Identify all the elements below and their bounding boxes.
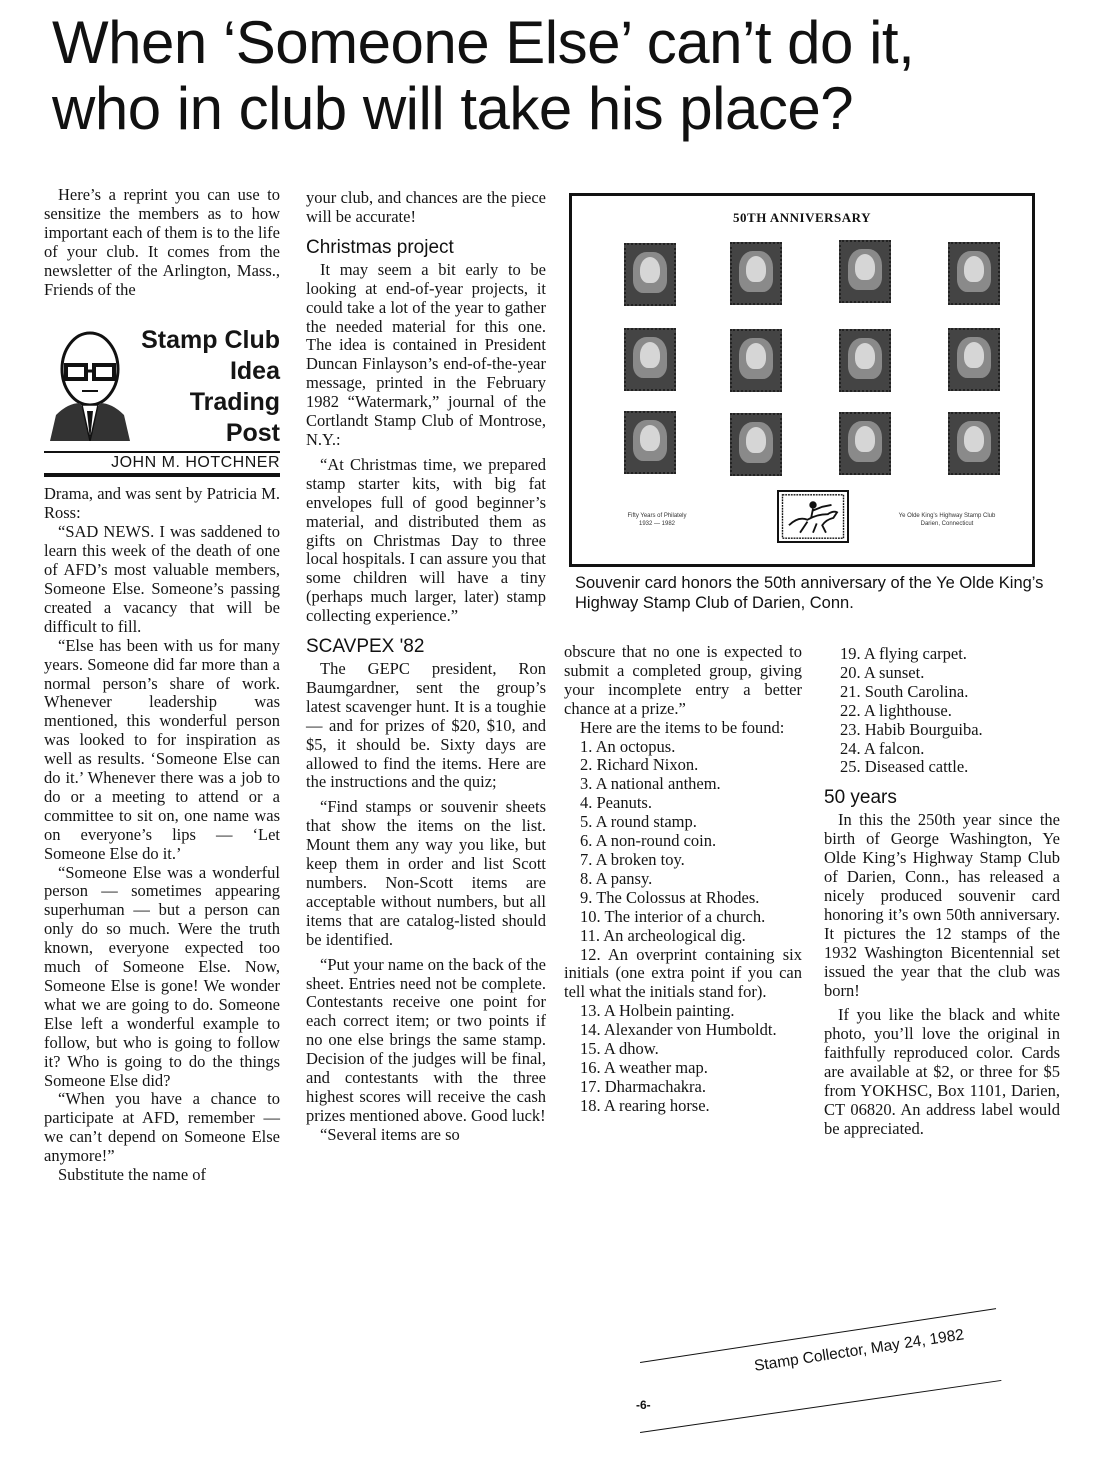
list-item: 7. A broken toy. (564, 851, 802, 870)
souvenir-card-photo: 50TH ANNIVERSARY Fifty Years of Philatel… (569, 193, 1035, 567)
list-item: 4. Peanuts. (564, 794, 802, 813)
paragraph: obscure that no one is expected to submi… (564, 643, 802, 719)
list-item: 24. A falcon. (824, 740, 1060, 759)
list-item: 23. Habib Bourguiba. (824, 721, 1060, 740)
column-logo: Stamp Club Idea Trading Post (44, 325, 280, 445)
list-item: 15. A dhow. (564, 1040, 802, 1059)
list-item: 2. Richard Nixon. (564, 756, 802, 775)
stamp-icon (948, 328, 1000, 391)
rider-on-horse-stamp-icon (777, 490, 849, 543)
list-item: 25. Diseased cattle. (824, 758, 1060, 777)
column-1: Here’s a reprint you can use to sensitiz… (44, 186, 280, 1185)
scavenger-list-continued: 19. A flying carpet. 20. A sunset. 21. S… (824, 645, 1060, 777)
list-item: 3. A national anthem. (564, 775, 802, 794)
list-item: 12. An overprint containing six initials… (564, 946, 802, 1003)
paragraph: “When you have a chance to participate a… (44, 1090, 280, 1166)
headline: When ‘Someone Else’ can’t do it, who in … (52, 10, 1072, 142)
paragraph: your club, and chances are the piece wil… (306, 189, 546, 227)
section-heading-scavpex: SCAVPEX '82 (306, 636, 546, 658)
stamp-icon (948, 242, 1000, 305)
list-item: 10. The interior of a church. (564, 908, 802, 927)
paragraph: “Else has been with us for many years. S… (44, 637, 280, 864)
paragraph: “Find stamps or souvenir sheets that sho… (306, 798, 546, 949)
section-heading-christmas-project: Christmas project (306, 237, 546, 259)
list-item: 6. A non-round coin. (564, 832, 802, 851)
stamp-icon (948, 412, 1000, 475)
paragraph: “Several items are so (306, 1126, 546, 1145)
stamp-icon (839, 329, 891, 392)
headline-line-1: When ‘Someone Else’ can’t do it, (52, 10, 1072, 76)
list-item: 17. Dharmachakra. (564, 1078, 802, 1097)
list-item: 18. A rearing horse. (564, 1097, 802, 1116)
column-2: your club, and chances are the piece wil… (306, 189, 546, 1145)
column-logo-title: Stamp Club Idea Trading Post (141, 325, 280, 449)
page-number: -6- (636, 1398, 651, 1412)
paragraph: Here are the items to be found: (564, 719, 802, 738)
stamp-icon (624, 243, 676, 306)
paragraph: “Put your name on the back of the sheet.… (306, 956, 546, 1126)
byline: JOHN M. HOTCHNER (44, 451, 280, 477)
column-3: obscure that no one is expected to submi… (564, 643, 802, 1116)
list-item: 9. The Colossus at Rhodes. (564, 889, 802, 908)
paragraph: “Someone Else was a wonderful person — s… (44, 864, 280, 1091)
stamp-icon (730, 242, 782, 305)
footer-rule-lower (640, 1380, 1001, 1433)
stamp-icon (839, 412, 891, 475)
paragraph: The GEPC president, Ron Baumgardner, sen… (306, 660, 546, 792)
paragraph: If you like the black and white photo, y… (824, 1006, 1060, 1138)
stamp-icon (839, 240, 891, 303)
intro-paragraph: Here’s a reprint you can use to sensitiz… (44, 186, 280, 299)
list-item: 19. A flying carpet. (824, 645, 1060, 664)
stamp-icon (730, 413, 782, 476)
list-item: 20. A sunset. (824, 664, 1060, 683)
list-item: 16. A weather map. (564, 1059, 802, 1078)
list-item: 21. South Carolina. (824, 683, 1060, 702)
paragraph: Drama, and was sent by Patricia M. Ross: (44, 485, 280, 523)
list-item: 22. A lighthouse. (824, 702, 1060, 721)
list-item: 14. Alexander von Humboldt. (564, 1021, 802, 1040)
publication-line: Stamp Collector, May 24, 1982 (753, 1326, 965, 1375)
card-footer-right: Ye Olde King’s Highway Stamp Club Darien… (872, 512, 1022, 528)
column-4: 19. A flying carpet. 20. A sunset. 21. S… (824, 645, 1060, 1139)
stamp-icon (730, 329, 782, 392)
list-item: 11. An archeological dig. (564, 927, 802, 946)
souvenir-card-title: 50TH ANNIVERSARY (572, 210, 1032, 226)
paragraph: It may seem a bit early to be looking at… (306, 261, 546, 450)
columnist-portrait-icon (46, 329, 134, 441)
card-footer-left: Fifty Years of Philately 1932 — 1982 (602, 512, 712, 528)
paragraph: Substitute the name of (44, 1166, 280, 1185)
list-item: 5. A round stamp. (564, 813, 802, 832)
stamp-icon (624, 328, 676, 391)
section-heading-50-years: 50 years (824, 787, 1060, 809)
paragraph: “At Christmas time, we prepared stamp st… (306, 456, 546, 626)
list-item: 8. A pansy. (564, 870, 802, 889)
list-item: 13. A Holbein painting. (564, 1002, 802, 1021)
paragraph: “SAD NEWS. I was saddened to learn this … (44, 523, 280, 636)
paragraph: In this the 250th year since the birth o… (824, 811, 1060, 1000)
headline-line-2: who in club will take his place? (52, 76, 1072, 142)
list-item: 1. An octopus. (564, 738, 802, 757)
stamp-icon (624, 411, 676, 474)
photo-caption: Souvenir card honors the 50th anniversar… (575, 573, 1055, 613)
